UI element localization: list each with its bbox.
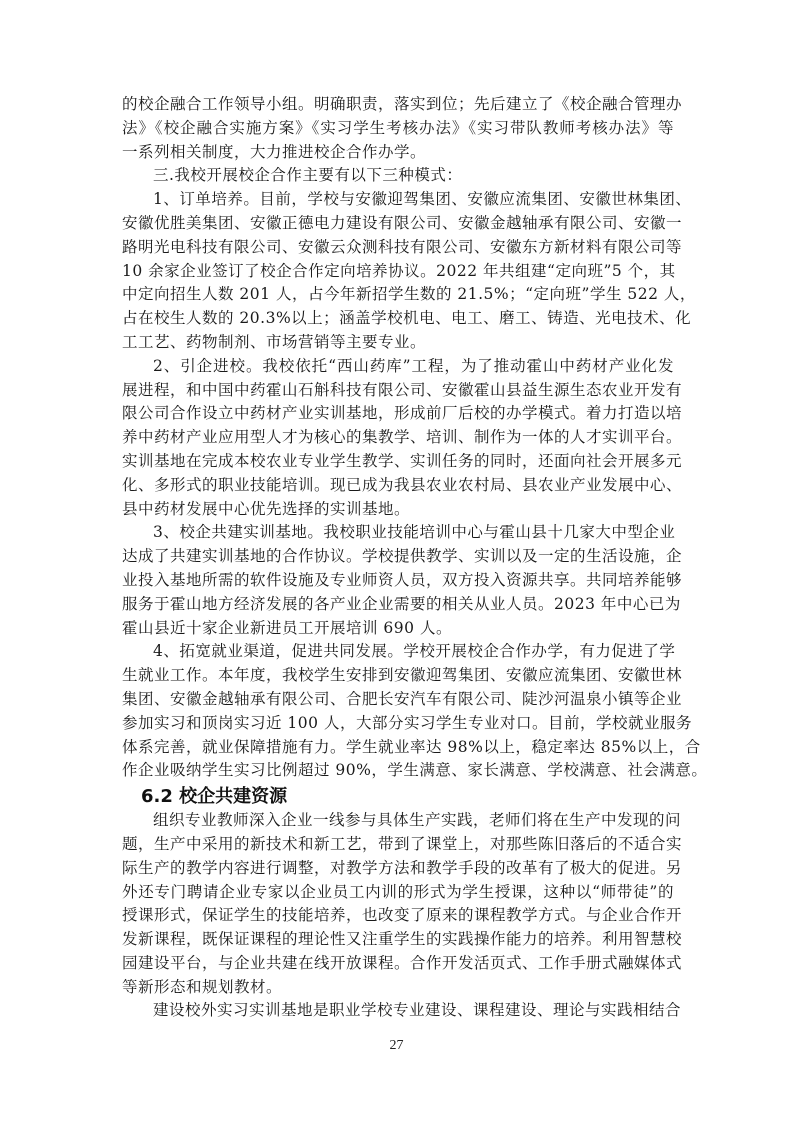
text-line: 安徽优胜美集团、安徽正德电力建设有限公司、安徽金越轴承有限公司、安徽一 [122,212,674,236]
paragraph-first-line: 3、校企共建实训基地。我校职业技能培训中心与霍山县十几家大中型企业 [122,521,674,545]
paragraph-first-line: 1、订单培养。目前，学校与安徽迎驾集团、安徽应流集团、安徽世林集团、 [122,188,674,212]
text-line: 生就业工作。本年度，我校学生安排到安徽迎驾集团、安徽应流集团、安徽世林 [122,664,674,688]
text-line: 园建设平台，与企业共建在线开放课程。合作开发活页式、工作手册式融媒体式 [122,952,674,976]
text-line: 外还专门聘请企业专家以企业员工内训的形式为学生授课，这种以“师带徒”的 [122,881,674,905]
text-line: 霍山县近十家企业新进员工开展培训 690 人。 [122,617,674,641]
text-line: 际生产的教学内容进行调整，对教学方法和教学手段的改革有了极大的促进。另 [122,857,674,881]
text-line: 10 余家企业签订了校企合作定向培养协议。2022 年共组建“定向班”5 个，其 [122,260,674,284]
text-line: 中定向招生人数 201 人，占今年新招学生数的 21.5%；“定向班”学生 52… [122,283,674,307]
text-line: 实训基地在完成本校农业专业学生教学、实训任务的同时，还面向社会开展多元 [122,450,674,474]
paragraph-first-line: 4、拓宽就业渠道，促进共同发展。学校开展校企合作办学，有力促进了学 [122,640,674,664]
section-6-1-continued: 的校企融合工作领导小组。明确职责，落实到位；先后建立了《校企融合管理办法》《校企… [122,93,674,783]
text-line: 展进程，和中国中药霍山石斛科技有限公司、安徽霍山县益生源生态农业开发有 [122,379,674,403]
text-line: 一系列相关制度，大力推进校企合作办学。 [122,141,674,165]
paragraph-first-line: 组织专业教师深入企业一线参与具体生产实践，老师们将在生产中发现的问 [122,809,674,833]
text-line: 业投入基地所需的软件设施及专业师资人员，双方投入资源共享。共同培养能够 [122,569,674,593]
text-line: 题，生产中采用的新技术和新工艺，带到了课堂上，对那些陈旧落后的不适合实 [122,833,674,857]
text-line: 达成了共建实训基地的合作协议。学校提供教学、实训以及一定的生活设施，企 [122,545,674,569]
section-6-2-body: 组织专业教师深入企业一线参与具体生产实践，老师们将在生产中发现的问题，生产中采用… [122,809,674,1023]
text-line: 集团、安徽金越轴承有限公司、合肥长安汽车有限公司、陡沙河温泉小镇等企业 [122,688,674,712]
text-line: 路明光电科技有限公司、安徽云众测科技有限公司、安徽东方新材料有限公司等 [122,236,674,260]
document-body: 的校企融合工作领导小组。明确职责，落实到位；先后建立了《校企融合管理办法》《校企… [122,93,674,1023]
text-line: 发新课程，既保证课程的理论性又注重学生的实践操作能力的培养。利用智慧校 [122,928,674,952]
text-line: 参加实习和顶岗实习近 100 人，大部分实习学生专业对口。目前，学校就业服务 [122,712,674,736]
section-heading-6-2: 6.2 校企共建资源 [122,784,674,810]
text-line: 限公司合作设立中药材产业实训基地，形成前厂后校的办学模式。着力打造以培 [122,402,674,426]
text-line: 工工艺、药物制剂、市场营销等主要专业。 [122,331,674,355]
paragraph-first-line: 三.我校开展校企合作主要有以下三种模式： [122,164,674,188]
paragraph-first-line: 建设校外实习实训基地是职业学校专业建设、课程建设、理论与实践相结合 [122,999,674,1023]
text-line: 授课形式，保证学生的技能培养，也改变了原来的课程教学方式。与企业合作开 [122,904,674,928]
page-number: 27 [0,1038,793,1054]
text-line: 等新形态和规划教材。 [122,976,674,1000]
text-line: 县中药材发展中心优先选择的实训基地。 [122,498,674,522]
text-line: 体系完善，就业保障措施有力。学生就业率达 98%以上，稳定率达 85%以上，合 [122,736,674,760]
text-line: 服务于霍山地方经济发展的各产业企业需要的相关从业人员。2023 年中心已为 [122,593,674,617]
text-line: 化、多形式的职业技能培训。现已成为我县农业农村局、县农业产业发展中心、 [122,474,674,498]
text-line: 养中药材产业应用型人才为核心的集教学、培训、制作为一体的人才实训平台。 [122,426,674,450]
text-line: 法》《校企融合实施方案》《实习学生考核办法》《实习带队教师考核办法》等 [122,117,674,141]
text-line: 的校企融合工作领导小组。明确职责，落实到位；先后建立了《校企融合管理办 [122,93,674,117]
text-line: 作企业吸纳学生实习比例超过 90%，学生满意、家长满意、学校满意、社会满意。 [122,759,674,783]
text-line: 占在校生人数的 20.3%以上；涵盖学校机电、电工、磨工、铸造、光电技术、化 [122,307,674,331]
paragraph-first-line: 2、引企进校。我校依托“西山药库”工程，为了推动霍山中药材产业化发 [122,355,674,379]
